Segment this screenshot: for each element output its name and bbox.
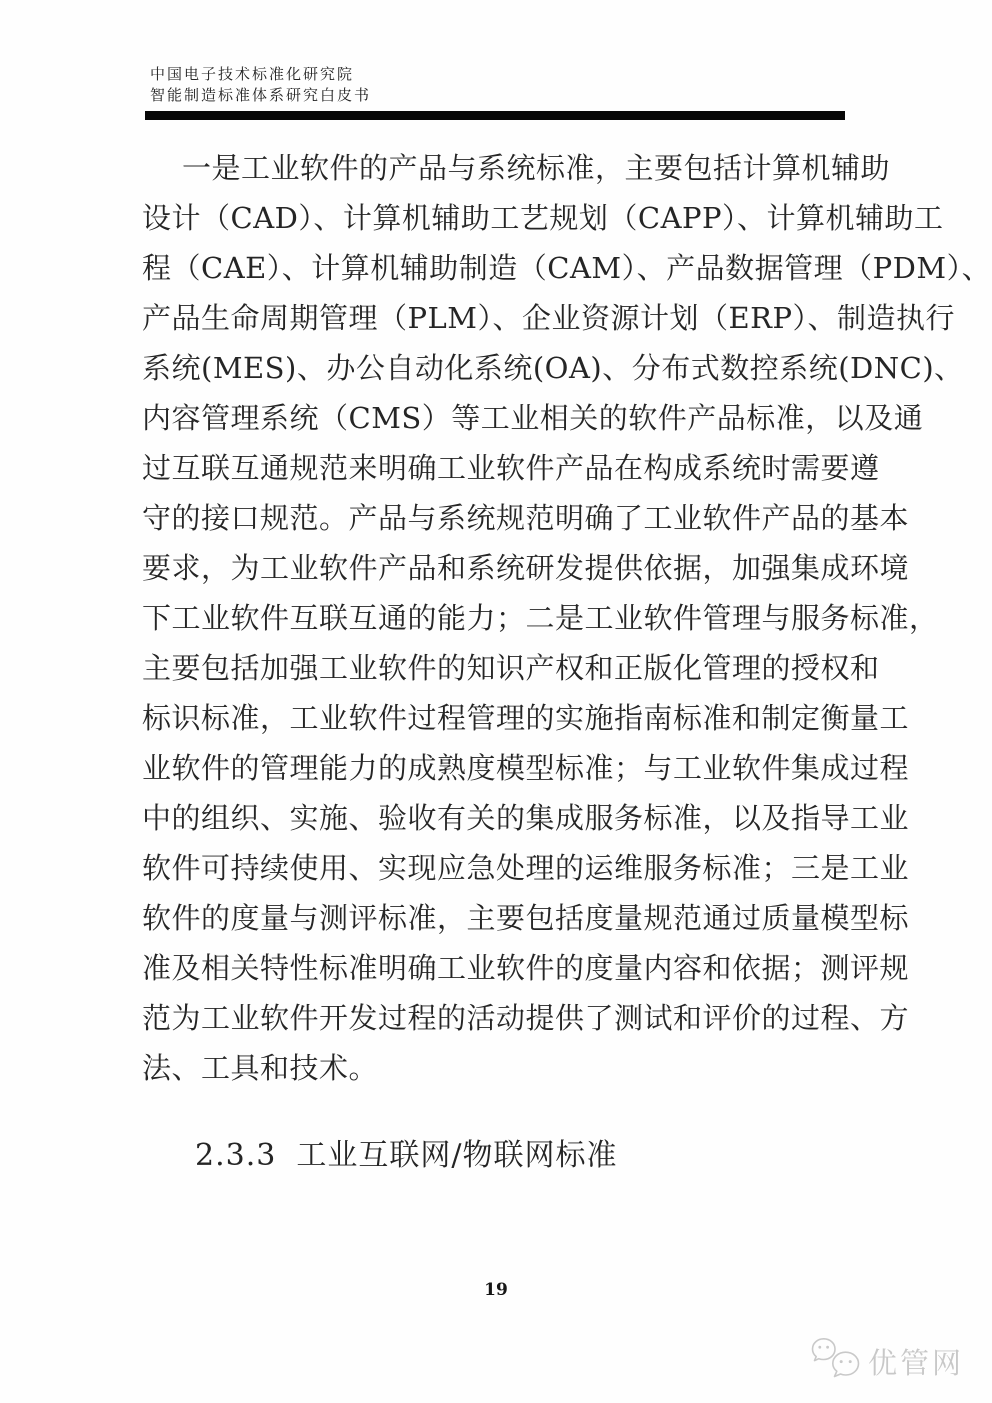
- body-paragraph: 一是工业软件的产品与系统标准，主要包括计算机辅助设计（CAD）、计算机辅助工艺规…: [142, 143, 858, 1093]
- paragraph-line: 法、工具和技术。: [142, 1043, 858, 1093]
- paragraph-line: 过互联互通规范来明确工业软件产品在构成系统时需要遵: [142, 443, 858, 493]
- paragraph-line: 守的接口规范。产品与系统规范明确了工业软件产品的基本: [142, 493, 858, 543]
- paragraph-line: 标识标准，工业软件过程管理的实施指南标准和制定衡量工: [142, 693, 858, 743]
- paragraph-line: 中的组织、实施、验收有关的集成服务标准，以及指导工业: [142, 793, 858, 843]
- document-page: 中国电子技术标准化研究院 智能制造标准体系研究白皮书 一是工业软件的产品与系统标…: [0, 0, 992, 1403]
- paragraph-line: 范为工业软件开发过程的活动提供了测试和评价的过程、方: [142, 993, 858, 1043]
- paragraph-line: 软件可持续使用、实现应急处理的运维服务标准；三是工业: [142, 843, 858, 893]
- paragraph-line: 设计（CAD）、计算机辅助工艺规划（CAPP）、计算机辅助工: [142, 193, 858, 243]
- header-doc-title: 智能制造标准体系研究白皮书: [150, 85, 371, 106]
- header-org-name: 中国电子技术标准化研究院: [150, 64, 371, 85]
- paragraph-line: 产品生命周期管理（PLM）、企业资源计划（ERP）、制造执行: [142, 293, 858, 343]
- paragraph-line: 下工业软件互联互通的能力；二是工业软件管理与服务标准，: [142, 593, 858, 643]
- paragraph-line: 内容管理系统（CMS）等工业相关的软件产品标准，以及通: [142, 393, 858, 443]
- paragraph-line: 系统(MES)、办公自动化系统(OA)、分布式数控系统(DNC)、: [142, 343, 858, 393]
- paragraph-line: 程（CAE）、计算机辅助制造（CAM）、产品数据管理（PDM）、: [142, 243, 858, 293]
- paragraph-line: 要求，为工业软件产品和系统研发提供依据，加强集成环境: [142, 543, 858, 593]
- section-number: 2.3.3: [195, 1138, 276, 1173]
- section-title: 工业互联网/物联网标准: [296, 1138, 617, 1173]
- watermark-text: 优管网: [868, 1341, 964, 1382]
- page-header: 中国电子技术标准化研究院 智能制造标准体系研究白皮书: [150, 64, 371, 106]
- paragraph-line: 业软件的管理能力的成熟度模型标准；与工业软件集成过程: [142, 743, 858, 793]
- section-heading: 2.3.3工业互联网/物联网标准: [142, 1132, 858, 1180]
- header-divider-bar: [145, 111, 845, 120]
- page-number: 19: [0, 1280, 992, 1300]
- paragraph-line: 准及相关特性标准明确工业软件的度量内容和依据；测评规: [142, 943, 858, 993]
- paragraph-line: 主要包括加强工业软件的知识产权和正版化管理的授权和: [142, 643, 858, 693]
- watermark: 优管网: [810, 1337, 964, 1385]
- paragraph-line: 一是工业软件的产品与系统标准，主要包括计算机辅助: [142, 143, 858, 193]
- paragraph-line: 软件的度量与测评标准，主要包括度量规范通过质量模型标: [142, 893, 858, 943]
- chat-bubbles-icon: [810, 1337, 862, 1385]
